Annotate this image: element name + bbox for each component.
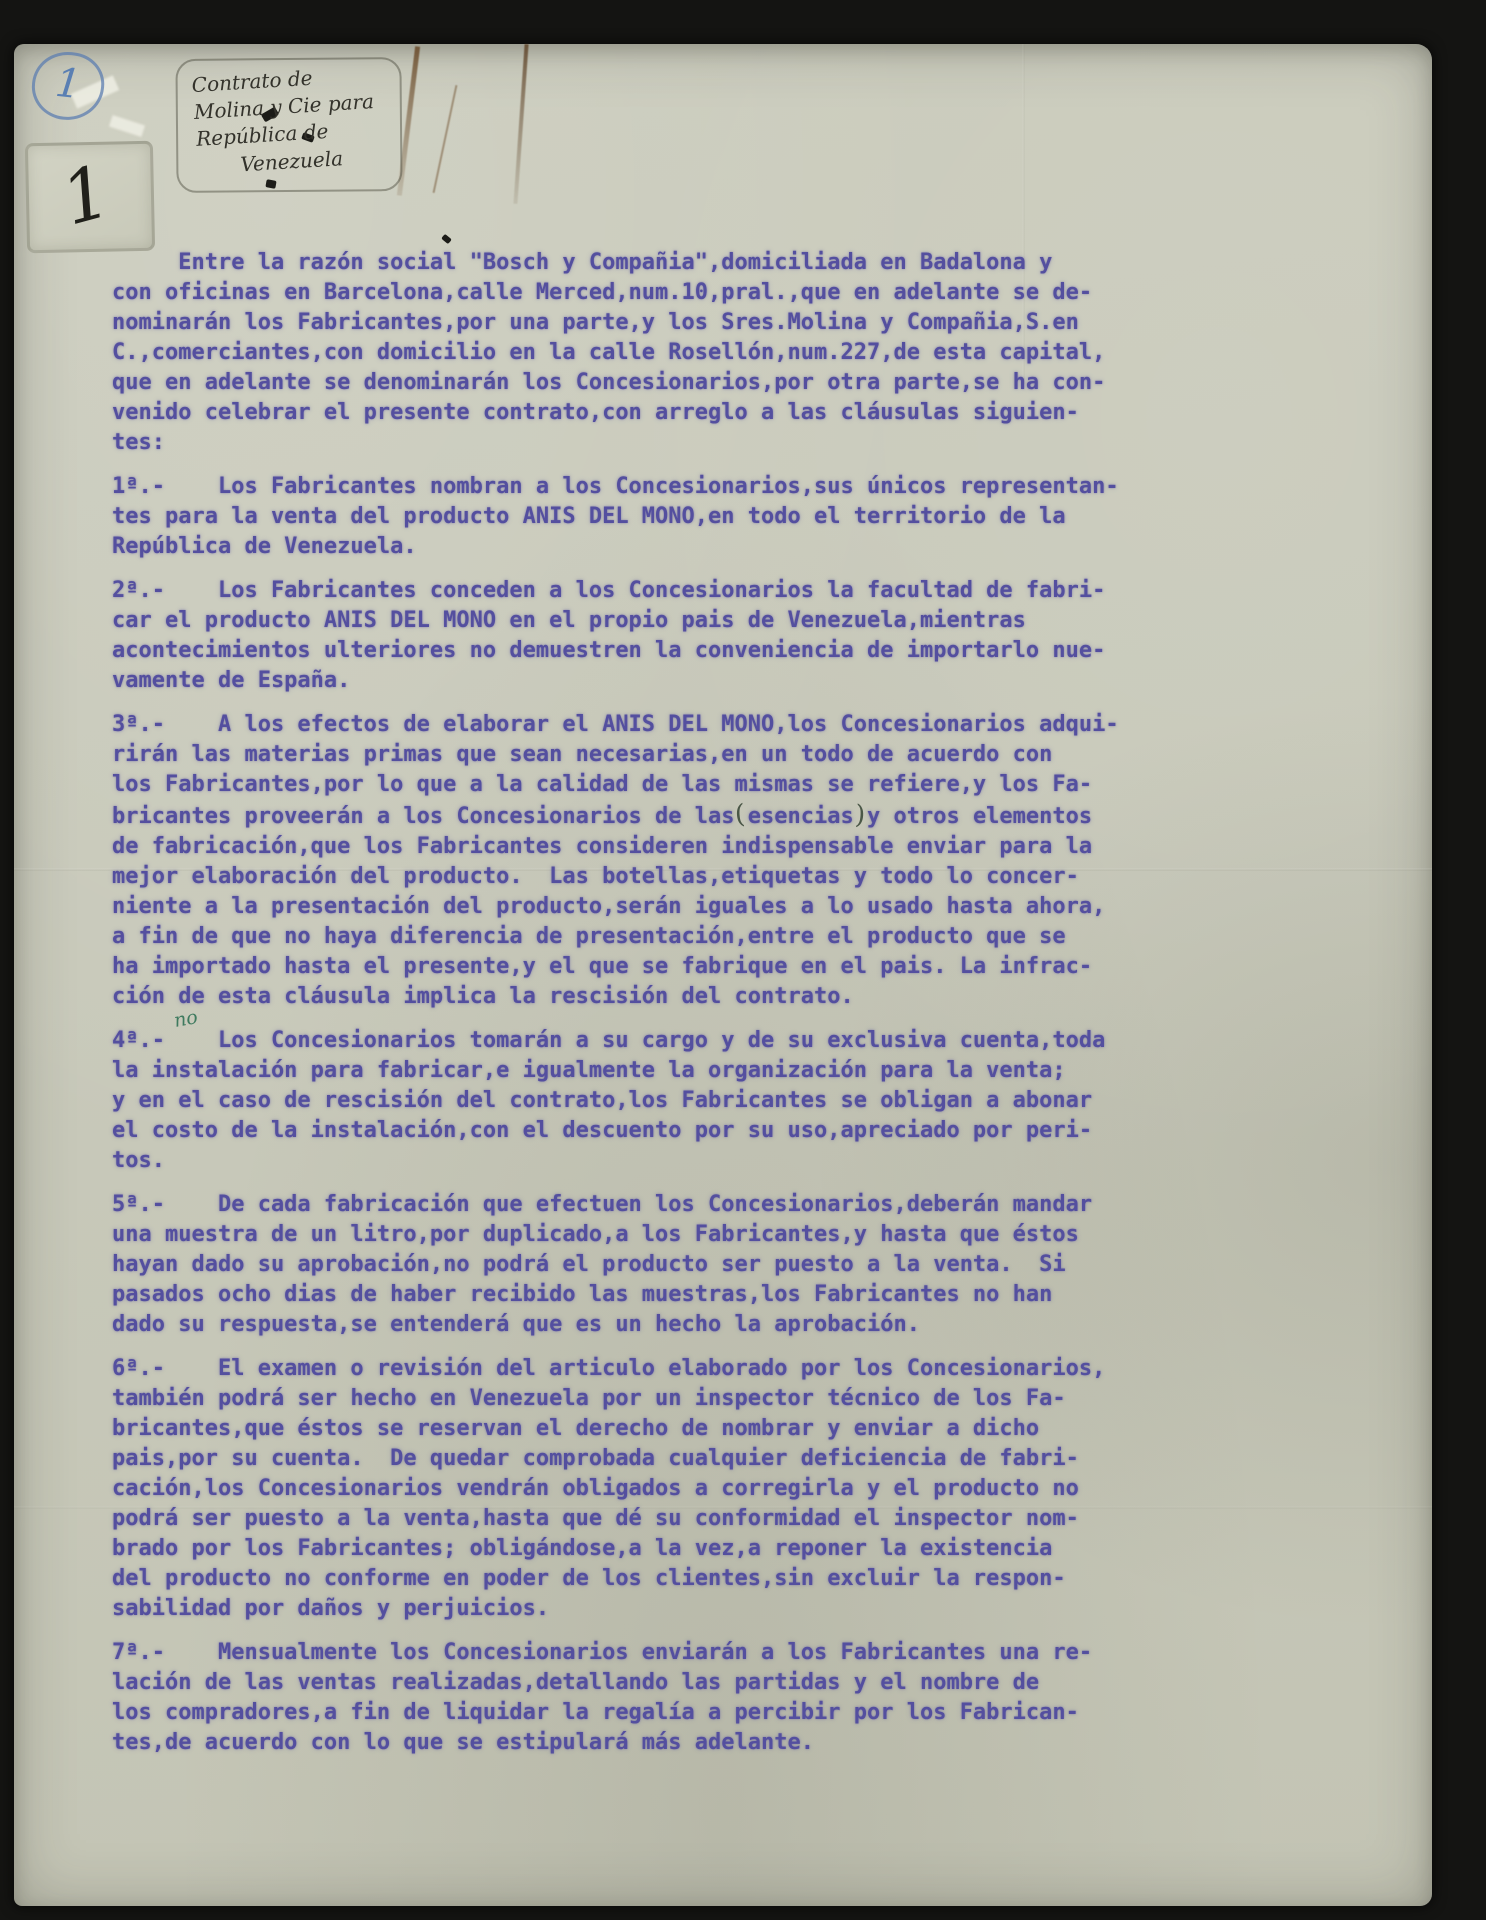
scanned-contract-page: 1 1 Contrato de Molina y Cie para Repúbl…	[14, 44, 1432, 1906]
typed-line: de fabricación,que los Fabricantes consi…	[112, 832, 1182, 862]
typed-line: tos.	[112, 1146, 1182, 1176]
typed-line: y en el caso de rescisión del contrato,l…	[112, 1086, 1182, 1116]
contract-body: Entre la razón social "Bosch y Compañia"…	[112, 248, 1182, 1758]
paragraph-clause-6: 6ª.- El examen o revisión del articulo e…	[112, 1354, 1182, 1624]
typed-line: 4ª.- Los Concesionarios tomarán a su car…	[112, 1026, 1182, 1056]
paragraph-clause-7: 7ª.- Mensualmente los Concesionarios env…	[112, 1638, 1182, 1758]
typed-line: también podrá ser hecho en Venezuela por…	[112, 1384, 1182, 1414]
typed-line: 2ª.- Los Fabricantes conceden a los Conc…	[112, 576, 1182, 606]
typed-line: 5ª.- De cada fabricación que efectuen lo…	[112, 1190, 1182, 1220]
paragraph-intro: Entre la razón social "Bosch y Compañia"…	[112, 248, 1182, 458]
typed-line: bricantes proveerán a los Concesionarios…	[112, 800, 1182, 832]
typed-line: C.,comerciantes,con domicilio en la call…	[112, 338, 1182, 368]
typed-line: hayan dado su aprobación,no podrá el pro…	[112, 1250, 1182, 1280]
paragraph-clause-1: 1ª.- Los Fabricantes nombran a los Conce…	[112, 472, 1182, 562]
paper-scuff	[109, 115, 145, 137]
ink-stain	[513, 44, 528, 204]
typed-line: 6ª.- El examen o revisión del articulo e…	[112, 1354, 1182, 1384]
typed-line: los compradores,a fin de liquidar la reg…	[112, 1698, 1182, 1728]
sticker-number: 1	[53, 149, 119, 242]
paragraph-clause-2: 2ª.- Los Fabricantes conceden a los Conc…	[112, 576, 1182, 696]
typed-line: bricantes,que éstos se reservan el derec…	[112, 1414, 1182, 1444]
typed-line: pasados ocho dias de haber recibido las …	[112, 1280, 1182, 1310]
typed-line: niente a la presentación del producto,se…	[112, 892, 1182, 922]
typed-line: ción de esta cláusula implica la rescisi…	[112, 982, 1182, 1012]
typed-line: a fin de que no haya diferencia de prese…	[112, 922, 1182, 952]
typed-line: los Fabricantes,por lo que a la calidad …	[112, 770, 1182, 800]
pen-parenthesis-close: )	[854, 800, 856, 830]
typed-line: 7ª.- Mensualmente los Concesionarios env…	[112, 1638, 1182, 1668]
pen-note-annotation: no	[172, 1002, 201, 1036]
typed-line: 1ª.- Los Fabricantes nombran a los Conce…	[112, 472, 1182, 502]
typed-line: tes:	[112, 428, 1182, 458]
typed-line: una muestra de un litro,por duplicado,a …	[112, 1220, 1182, 1250]
handwritten-title-box: Contrato de Molina y Cie para República …	[175, 57, 402, 193]
typed-line: lación de las ventas realizadas,detallan…	[112, 1668, 1182, 1698]
typed-line: la instalación para fabricar,e igualment…	[112, 1056, 1182, 1086]
typed-line: con oficinas en Barcelona,calle Merced,n…	[112, 278, 1182, 308]
archive-label-sticker: 1	[25, 141, 155, 254]
typed-line: cación,los Concesionarios vendrán obliga…	[112, 1474, 1182, 1504]
typed-line: Entre la razón social "Bosch y Compañia"…	[112, 248, 1182, 278]
typed-line: car el producto ANIS DEL MONO en el prop…	[112, 606, 1182, 636]
paper-speck	[441, 234, 452, 244]
typed-line: que en adelante se denominarán los Conce…	[112, 368, 1182, 398]
typed-line: brado por los Fabricantes; obligándose,a…	[112, 1534, 1182, 1564]
typed-line: 3ª.- A los efectos de elaborar el ANIS D…	[112, 710, 1182, 740]
typed-line: vamente de España.	[112, 666, 1182, 696]
typed-line: el costo de la instalación,con el descue…	[112, 1116, 1182, 1146]
typed-line: tes para la venta del producto ANIS DEL …	[112, 502, 1182, 532]
typed-line: mejor elaboración del producto. Las bote…	[112, 862, 1182, 892]
typed-line: pais,por su cuenta. De quedar comprobada…	[112, 1444, 1182, 1474]
typed-line: venido celebrar el presente contrato,con…	[112, 398, 1182, 428]
circled-page-number: 1	[29, 48, 108, 123]
typed-line: del producto no conforme en poder de los…	[112, 1564, 1182, 1594]
typed-line: ha importado hasta el presente,y el que …	[112, 952, 1182, 982]
ink-stain	[433, 85, 458, 193]
typed-line: acontecimientos ulteriores no demuestren…	[112, 636, 1182, 666]
typed-line: dado su respuesta,se entenderá que es un…	[112, 1310, 1182, 1340]
paragraph-clause-4: no4ª.- Los Concesionarios tomarán a su c…	[112, 1026, 1182, 1176]
typed-line: rirán las materias primas que sean neces…	[112, 740, 1182, 770]
typed-line: tes,de acuerdo con lo que se estipulará …	[112, 1728, 1182, 1758]
pen-parenthesis-open: (	[734, 800, 736, 830]
paragraph-clause-5: 5ª.- De cada fabricación que efectuen lo…	[112, 1190, 1182, 1340]
typed-line: sabilidad por daños y perjuicios.	[112, 1594, 1182, 1624]
typed-line: nominarán los Fabricantes,por una parte,…	[112, 308, 1182, 338]
typed-line: podrá ser puesto a la venta,hasta que dé…	[112, 1504, 1182, 1534]
paragraph-clause-3: 3ª.- A los efectos de elaborar el ANIS D…	[112, 710, 1182, 1012]
typed-line: República de Venezuela.	[112, 532, 1182, 562]
